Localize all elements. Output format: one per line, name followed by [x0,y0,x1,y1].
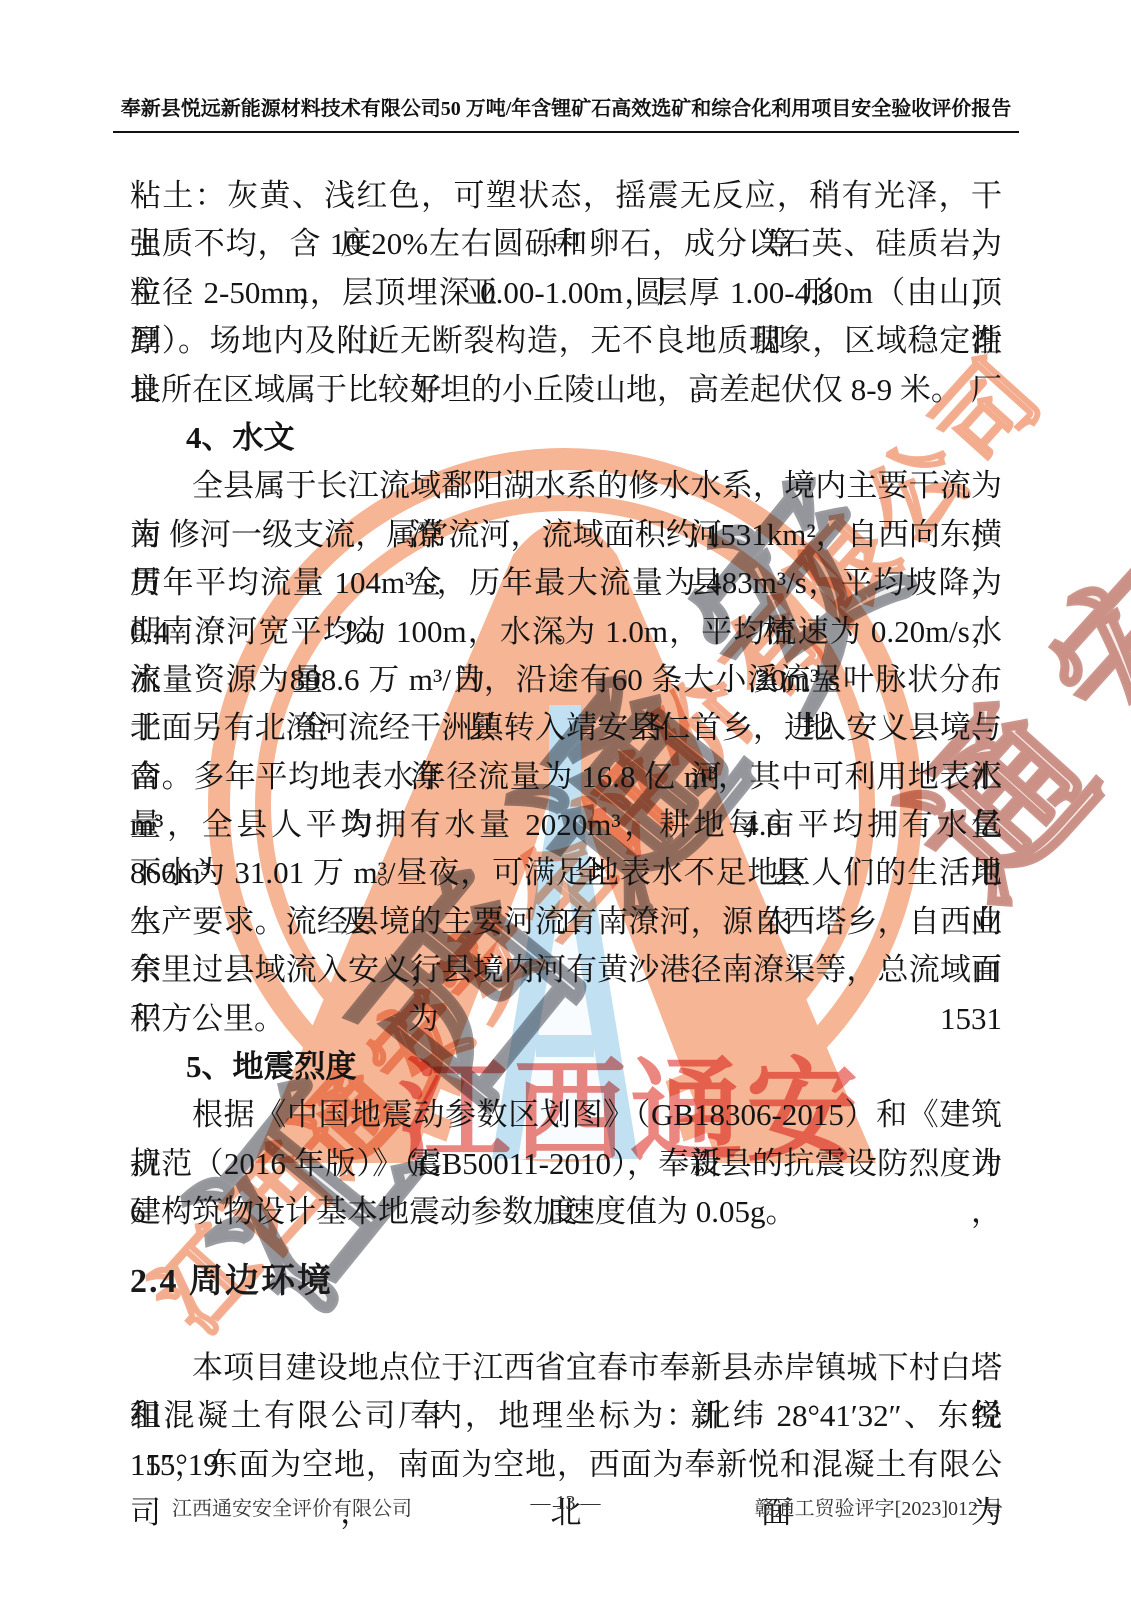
paragraph-line: 根据《中国地震动参数区划图》（GB18306-2015）和《建筑抗震设计 [130,1091,1002,1139]
paragraph-line: 余里过县域流入安义，县境内河有黄沙港、南潦渠等，总流域面积为 1531 [130,946,1002,994]
paragraph-line: 为 修河一级支流，属常流河，流域面积约 1531km²，自西向东横贯全县， [130,511,1002,559]
paragraph-line: 址所在区域属于比较平坦的小丘陵山地，高差起伏仅 8-9 米。 [130,366,1002,414]
paragraph-line: 下水为 31.01 万 m³/昼夜，可满足地表水不足地区人们的生活用水及工农业 [130,849,1002,897]
paragraph-line: 生产要求。流经县境的主要河流有南潦河，源自西塔乡，自西向东行径百 [130,898,1002,946]
section-heading-surroundings: 2.4 周边环境 [130,1258,1002,1306]
heading-seismic-intensity: 5、地震烈度 [130,1043,1002,1091]
paragraph-line: 全县属于长江流域鄱阳湖水系的修水水系，境内主要干流为南潦河， [130,462,1002,510]
footer-document-number: 赣通工贸验评字[2023]012 号 [755,1492,1003,1521]
paragraph-line: 15″，东面为空地，南面为空地，西面为奉新悦和混凝土有限公司，北面为 [130,1441,1002,1489]
paragraph-line: 水量资源为898.6 万 m³/日，沿途有60 条大小溪流呈叶脉状分布于全县各地… [130,656,1002,704]
paragraph-line: m³，全县人平均拥有水量 2020m³，耕地每亩平均拥有水量 866m³。全县地 [130,801,1002,849]
paragraph-line: 粘土：灰黄、浅红色，可塑状态，摇震无反应，稍有光泽，干 强度中等， [130,172,1002,220]
paragraph-line: 粒径 2-50mm，层顶埋深 0.00-1.00m，层厚 1.00-4.80m（… [130,269,1002,317]
paragraph-line: 合。多年平均地表水年径流量为 16.8 亿 m³，其中可利用地表水量为 4.6 … [130,753,1002,801]
heading-hydrology: 4、水文 [130,414,1002,462]
paragraph-line: 土质不均，含 10-20%左右圆砾和卵石，成分以石英、硅质岩为主，亚圆形， [130,220,1002,268]
paragraph-line: 规范（2016 年版）》（GB50011-2010），奉新县的抗震设防烈度为 6… [130,1140,1002,1188]
footer-page-number: — 13 — [531,1492,601,1515]
paragraph-line: 本项目建设地点位于江西省宜春市奉新县赤岸镇城下村白塔组奉新悦 [130,1344,1002,1392]
page-footer: 江西通安安全评价有限公司 — 13 — 赣通工贸验评字[2023]012 号 [0,1492,1131,1532]
document-body: 粘土：灰黄、浅红色，可塑状态，摇震无反应，稍有光泽，干 强度中等， 土质不均，含… [130,172,1002,1489]
paragraph-line: 北面另有北潦河流经干洲镇转入靖安县仁首乡，进入安义县境与南潦河汇 [130,704,1002,752]
paragraph-line: 厚）。场地内及附近无断裂构造，无不良地质现象，区域稳定性良好。厂 [130,317,1002,365]
paragraph-line: 和混凝土有限公司厂内，地理坐标为：北纬 28°41′32″、东经 115°19′ [130,1392,1002,1440]
paragraph-line: 历年平均流量 104m³/s，历年最大流量为 483m³/s，平均坡降为 0.4… [130,559,1002,607]
footer-company-name: 江西通安安全评价有限公司 [172,1492,412,1521]
page-header-title: 奉新县悦远新能源材料技术有限公司50 万吨/年含锂矿石高效选矿和综合化利用项目安… [113,92,1019,133]
report-page: 江西通安 江西通安安全评价有限公司 通安 江西通安 奉新县悦远新能源材料技术有限… [0,0,1131,1600]
paragraph-line: 期南潦河宽平均为 100m，水深为 1.0m，平均流速为 0.20m/s，流量为… [130,608,1002,656]
